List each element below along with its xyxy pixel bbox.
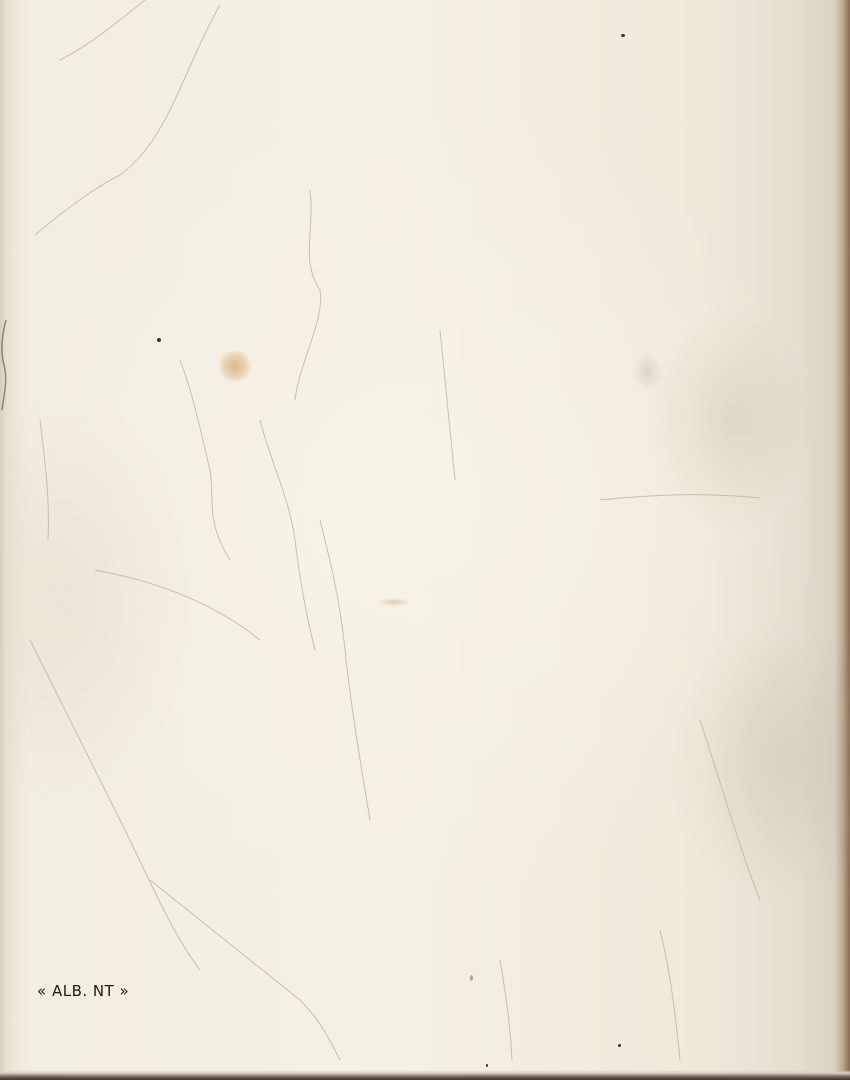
book-back-cover: « ALB. NT » xyxy=(0,0,850,1080)
publisher-label: « ALB. NT » xyxy=(37,982,129,1000)
speck xyxy=(470,975,473,981)
smudge-mark xyxy=(632,352,662,392)
stain-mark-small xyxy=(378,598,410,606)
speck xyxy=(621,34,625,37)
speck xyxy=(618,1044,621,1047)
speck xyxy=(486,1064,488,1067)
paper-crease-lines xyxy=(0,0,850,1080)
stain-mark xyxy=(218,350,252,382)
speck xyxy=(157,338,161,342)
bottom-edge xyxy=(0,1070,850,1080)
